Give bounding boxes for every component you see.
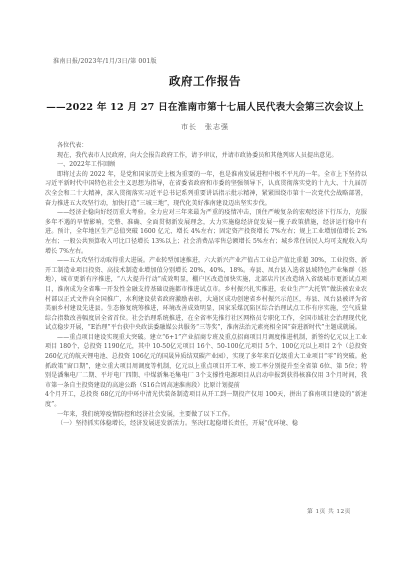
newspaper-source-line: 淮南日报/2023年/1月/3日/第 001版: [53, 56, 157, 65]
document-page: 淮南日报/2023年/1月/3日/第 001版 政府工作报告 ——2022 年 …: [0, 0, 410, 580]
body-paragraph: ——经济企稳向好经历重大考验。全力应对三年来最为严重的疫情冲击，顶住严峻复杂的宏…: [45, 208, 367, 256]
body-paragraph: 一年来，我们统筹疫情防控和经济社会发展，主要做了以下工作。: [45, 410, 367, 420]
section-heading: 一、2022年工作回顾: [45, 160, 367, 170]
body-paragraph: ——重点项目建设实现重大突破。建立“6+1”产业招商专班及重点招商项目月调度推进…: [45, 333, 367, 391]
body-paragraph-continued: 4个月开工，总投资 68亿元的中环中清光伏装备制造项目从开工到一期投产仅用 10…: [45, 390, 367, 409]
document-title: 政府工作报告: [0, 73, 410, 89]
body-paragraph: 即将过去的 2022 年，是党和国家历史上极为重要的一年，也是淮南发展进程中极不…: [45, 170, 367, 208]
document-author: 市长 张志强: [0, 122, 410, 132]
body-paragraph: 现在，我代表市人民政府，向大会报告政府工作，请予审议，并请市政协委员和其他列席人…: [45, 151, 367, 161]
document-subtitle: ——2022 年 12 月 27 日在淮南市第十七届人民代表大会第三次会议上: [0, 99, 410, 113]
body-paragraph: ——五大攻坚行动取得重大进展。产业转型加速推进，六大新兴产业产值占工业总产值比重…: [45, 256, 367, 333]
document-body: 各位代表： 现在，我代表市人民政府，向大会报告政府工作，请予审议，并请市政协委员…: [45, 141, 367, 429]
body-paragraph: （一）坚持抓实体稳增长，经济发展迸发新活力。坚决扛起稳增长责任，开展“优环境、稳: [45, 419, 367, 429]
page-indicator: 第 1页 共 12页: [307, 506, 351, 515]
salutation: 各位代表：: [45, 141, 367, 151]
